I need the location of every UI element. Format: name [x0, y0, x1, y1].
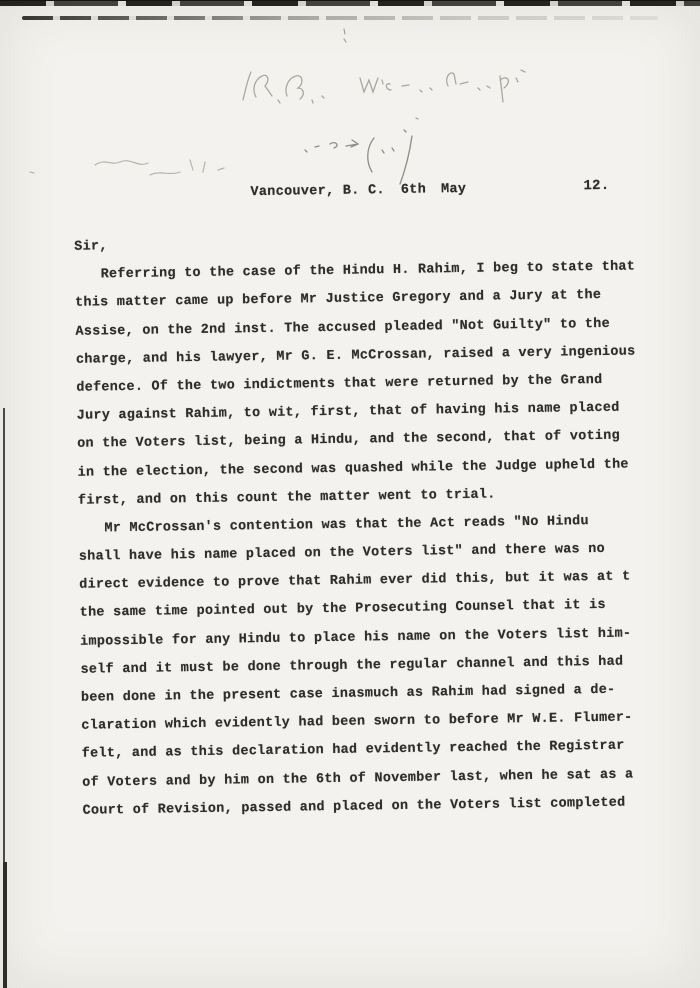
dateline: Vancouver, B. C.6thMay [250, 182, 466, 200]
scanned-letter-page: Vancouver, B. C.6thMay 12. Sir,Referring… [0, 0, 700, 988]
letter-content: Vancouver, B. C.6thMay 12. Sir,Referring… [0, 0, 700, 988]
page-number: 12. [583, 178, 609, 194]
dateline-day: 6th [401, 183, 426, 198]
dateline-city: Vancouver, B. C. [250, 183, 385, 200]
letter-body: Sir,Referring to the case of the Hindu H… [74, 225, 668, 826]
dateline-month: May [441, 182, 466, 197]
